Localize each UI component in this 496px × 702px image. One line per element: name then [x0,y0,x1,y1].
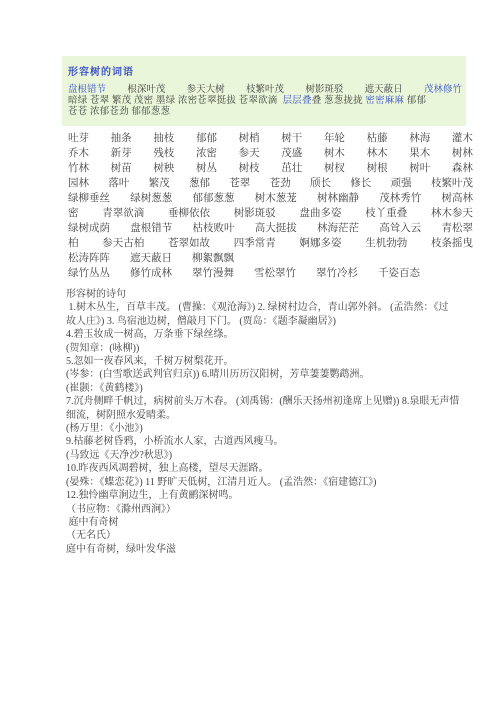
word: 松涛阵阵 [68,251,110,266]
word: 柳絮飘飘 [192,251,234,266]
word-row: 绿柳垂丝绿树葱葱郁郁葱葱树木葱茏树林幽静茂林秀竹树高林 [68,191,473,206]
word: 枯枝败叶 [193,221,235,236]
word-row: 绿树成荫盘根错节枯枝败叶高大挺拔林海茫茫高耸入云青松翠 [68,221,473,236]
word: 密 [68,206,79,221]
poem-line: 9.枯藤老树昏鸦，小桥流水人家，古道西风瘦马。 [66,435,482,448]
word: 高大挺拔 [255,221,297,236]
link-word[interactable]: 密密麻麻 [365,96,404,106]
poem-lines: 1.树木丛生，百草丰茂。 (曹操：《观沧海》) 2. 绿树村边合，青山郭外斜。 … [66,301,482,556]
word-run: 郁郁 [404,96,426,106]
word: 绿树葱葱 [130,191,172,206]
word: 树林幽静 [317,191,359,206]
highlighted-word-line: 苍苍 浓郁苍劲 郁郁葱葱 [68,107,461,118]
poem-line: (晏殊：《蝶恋花》) 11 野旷天低树，江清月近人。 (孟浩然：《宿建德江》) [66,476,482,489]
highlighted-word-row: 盘根错节根深叶茂参天大树枝繁叶茂树影斑驳遮天蔽日茂林修竹 [68,85,462,96]
word: 林海 [409,131,430,146]
word-row: 绿竹丛丛修竹成林翠竹漫舞雪松翠竹翠竹冷杉千姿百态 [68,266,473,281]
poem-line: (崔颢：《黄鹤楼》) [66,382,482,395]
word: 树苗 [111,161,132,176]
word: 四季常青 [234,236,276,251]
link-word[interactable]: 茂林修竹 [424,85,462,96]
word-run: 叠 葱葱拢拢 [312,96,366,106]
poem-line: 1.树木丛生，百草丰茂。 (曹操：《观沧海》) 2. 绿树村边合，青山郭外斜。 … [66,301,482,314]
poem-line: (岑参：(白雪歌送武判官归京)) 6.晴川历历汉阳树，芳草萋萋鹦鹉洲。 [66,368,482,381]
word: 果木 [409,146,430,161]
poem-line: （无名氏） [66,529,482,542]
link-word[interactable]: 层层叠 [283,96,312,106]
poem-line: 10.昨夜西风凋碧树，独上高楼，望尽天涯路。 [66,462,482,475]
word: 抽枝 [153,131,174,146]
poem-line: 庭中有奇树，绿叶发华滋 [66,543,482,556]
word: 乔木 [68,146,89,161]
word-row: 乔木新芽残枝浓密参天茂盛树木林木果木树林 [68,146,473,161]
word: 翠竹漫舞 [192,266,234,281]
poem-line: 7.沉舟侧畔千帆过，病树前头万木春。 (刘禹锡：(酬乐天扬州初逢席上见赠)) 8… [66,395,482,408]
word: 苍翠 [229,176,250,191]
word-row: 园林落叶繁茂葱郁苍翠苍劲颀长修长顽强枝繁叶茂 [68,176,473,191]
word: 繁茂 [149,176,170,191]
highlighted-word-block: 形容树的词语 盘根错节根深叶茂参天大树枝繁叶茂树影斑驳遮天蔽日茂林修竹 暗绿 苍… [62,56,466,126]
word: 吐芽 [68,131,89,146]
word: 生机勃勃 [365,236,407,251]
word: 年轮 [324,131,345,146]
word: 郁郁葱葱 [193,191,235,206]
word: 葱郁 [189,176,210,191]
word: 绿柳垂丝 [68,191,110,206]
poem-section-header: 形容树的诗句 [66,288,482,301]
word-row: 竹林树苗树秧树丛树枝茁壮树杈树根树叶森林 [68,161,473,176]
word: 枝条摇曳 [431,236,473,251]
word: 盘根错节 [130,221,172,236]
poem-line: 故人庄》) 3. 鸟宿池边树，僧敲月下门。 (贾岛：《题李凝幽居》) [66,315,482,328]
word: 枯藤 [367,131,388,146]
word: 婀娜多姿 [300,236,342,251]
word: 翠竹冷杉 [316,266,358,281]
poem-line: (马致远《天净沙?秋思》) [66,449,482,462]
word: 颀长 [310,176,331,191]
word: 浓密 [196,146,217,161]
word: 高耸入云 [379,221,421,236]
word: 树梢 [239,131,260,146]
word-row: 松涛阵阵遮天蔽日柳絮飘飘 [68,251,473,266]
word: 森林 [452,161,473,176]
word: 竹林 [68,161,89,176]
poem-line: 12.独怜幽草涧边生，上有黄鹂深树鸣。 [66,489,482,502]
word: 园林 [68,176,89,191]
word: 盘曲多姿 [300,206,342,221]
word: 郁郁 [196,131,217,146]
word: 树杈 [324,161,345,176]
word: 茁壮 [281,161,302,176]
word: 抽条 [111,131,132,146]
word: 落叶 [108,176,129,191]
word: 遮天蔽日 [365,85,403,96]
word: 参天大树 [187,85,225,96]
word: 树影斑驳 [234,206,276,221]
word: 千姿百态 [378,266,420,281]
word: 树林 [452,146,473,161]
word: 枝繁叶茂 [431,176,473,191]
word: 树高林 [442,191,474,206]
word: 茂林秀竹 [379,191,421,206]
highlighted-word-line: 暗绿 苍翠 繁茂 茂密 墨绿 浓密苍翠挺拔 苍翠欲滴 层层叠叠 葱葱拢拢 密密麻… [68,96,461,107]
word: 灌木 [452,131,473,146]
word: 绿竹丛丛 [68,266,110,281]
word: 绿树成荫 [68,221,110,236]
word: 树木葱茏 [255,191,297,206]
word: 树枝 [239,161,260,176]
word: 垂柳依依 [168,206,210,221]
word-row: 密青翠欲滴垂柳依依树影斑驳盘曲多姿枝丫重叠林木参天 [68,206,473,221]
word: 修长 [350,176,371,191]
word: 青翠欲滴 [102,206,144,221]
word: 枝繁叶茂 [246,85,284,96]
word-run: 暗绿 苍翠 繁茂 茂密 墨绿 浓密苍翠挺拔 苍翠欲滴 [68,96,283,106]
word: 树根 [367,161,388,176]
poem-line: 细流，树阴照水爱晴柔。 [66,409,482,422]
word: 根深叶茂 [127,85,165,96]
poem-section: 形容树的诗句 1.树木丛生，百草丰茂。 (曹操：《观沧海》) 2. 绿树村边合，… [66,288,482,556]
word: 苍劲 [270,176,291,191]
document-page: 形容树的词语 盘根错节根深叶茂参天大树枝繁叶茂树影斑驳遮天蔽日茂林修竹 暗绿 苍… [0,0,496,702]
word: 林海茫茫 [317,221,359,236]
word: 参天 [239,146,260,161]
word: 茂盛 [281,146,302,161]
word: 残枝 [153,146,174,161]
word: 遮天蔽日 [130,251,172,266]
word: 苍翠如故 [168,236,210,251]
word: 树干 [281,131,302,146]
word: 树丛 [196,161,217,176]
word: 林木 [367,146,388,161]
word: 雪松翠竹 [254,266,296,281]
word-row: 柏参天古柏苍翠如故四季常青婀娜多姿生机勃勃枝条摇曳 [68,236,473,251]
poem-line: (贺知章：(咏柳)) [66,342,482,355]
word: 修竹成林 [130,266,172,281]
link-word[interactable]: 盘根错节 [68,85,106,96]
poem-line: (杨万里：《小池》) [66,422,482,435]
word: 柏 [68,236,79,251]
word: 青松翠 [442,221,474,236]
word: 枝丫重叠 [365,206,407,221]
poem-line: 庭中有奇树 [66,516,482,529]
word: 顽强 [391,176,412,191]
word: 树影斑驳 [305,85,343,96]
word: 树叶 [409,161,430,176]
word: 参天古柏 [102,236,144,251]
word-list-section: 吐芽抽条抽枝郁郁树梢树干年轮枯藤林海灌木乔木新芽残枝浓密参天茂盛树木林木果木树林… [68,131,473,281]
word: 新芽 [111,146,132,161]
word: 林木参天 [431,206,473,221]
word-row: 吐芽抽条抽枝郁郁树梢树干年轮枯藤林海灌木 [68,131,473,146]
poem-line: 5.忽如一夜春风来，千树万树梨花开。 [66,355,482,368]
poem-line: （书应物：《滁州西涧》） [66,503,482,516]
poem-line: 4.碧玉妆成一树高，万条垂下绿丝绦。 [66,328,482,341]
word: 树木 [324,146,345,161]
word: 树秧 [153,161,174,176]
page-title: 形容树的词语 [68,63,461,78]
